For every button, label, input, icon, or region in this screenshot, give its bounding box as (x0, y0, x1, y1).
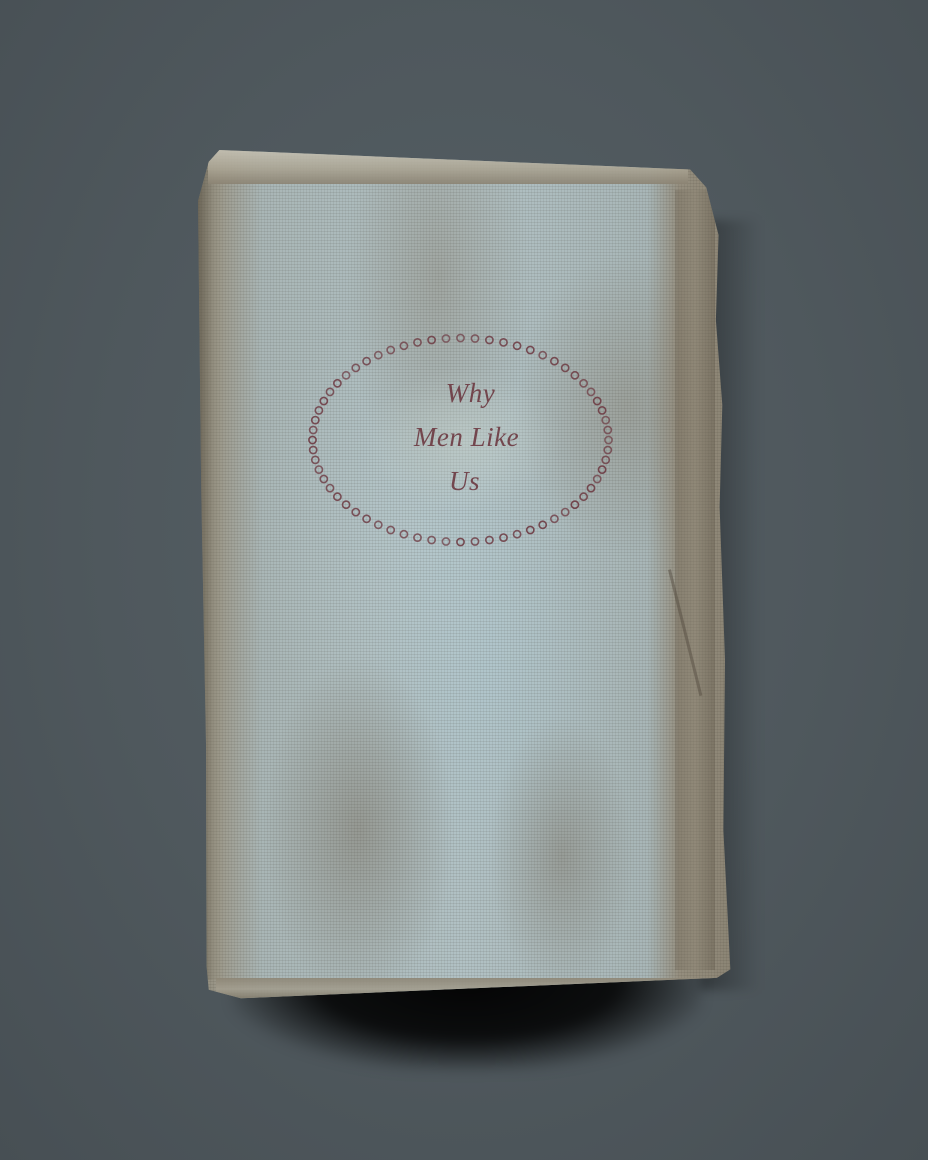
book-top-edge (208, 150, 688, 184)
book: Why Men Like Us (198, 150, 733, 1000)
photo-scene: Why Men Like Us (0, 0, 928, 1160)
title-line-1: Why (303, 378, 628, 409)
book-spine-fold (675, 190, 715, 970)
cloth-texture (198, 150, 733, 1000)
title-line-2: Men Like (303, 422, 624, 453)
book-left-edge (198, 170, 224, 980)
title-line-3: Us (303, 466, 622, 497)
title-cartouche: Why Men Like Us (303, 330, 618, 550)
